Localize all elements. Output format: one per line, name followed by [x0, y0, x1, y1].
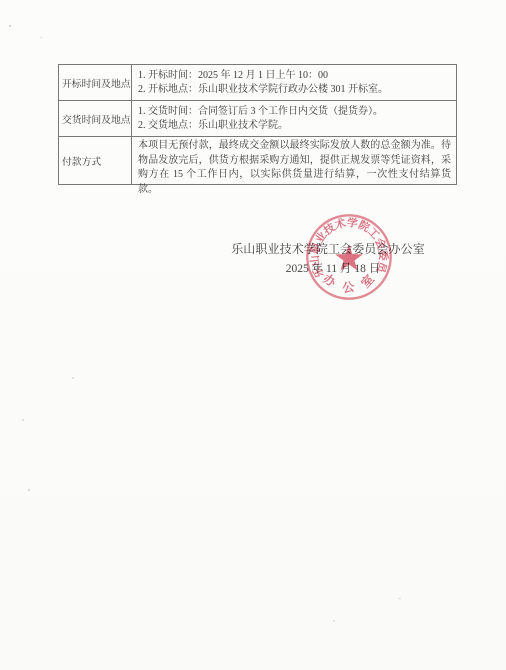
scan-speck — [28, 489, 30, 491]
row-content: 1. 交货时间：合同签订后 3 个工作日内交货（提货券）。 2. 交货地点：乐山… — [132, 101, 456, 136]
scan-speck — [40, 37, 42, 38]
scan-speck — [398, 598, 401, 599]
row-label: 开标时间及地点 — [59, 65, 132, 100]
content-line: 1. 开标时间：2025 年 12 月 1 日上午 10：00 — [138, 69, 450, 83]
content-line: 2. 交货地点：乐山职业技术学院。 — [138, 119, 450, 133]
official-seal-stamp: 乐山职业技术学院工会委员会 办公室 — [304, 212, 394, 302]
scan-speck — [9, 25, 11, 27]
content-line: 1. 交货时间：合同签订后 3 个工作日内交货（提货券）。 — [138, 105, 450, 119]
scanned-document-page: 开标时间及地点 1. 开标时间：2025 年 12 月 1 日上午 10：00 … — [0, 0, 506, 670]
table-row-bid-opening: 开标时间及地点 1. 开标时间：2025 年 12 月 1 日上午 10：00 … — [59, 65, 456, 101]
payment-terms-paragraph: 本项目无预付款，最终成交金额以最终实际发放人数的总金额为准。待物品发放完后，供货… — [138, 139, 451, 197]
row-content: 本项目无预付款，最终成交金额以最终实际发放人数的总金额为准。待物品发放完后，供货… — [132, 137, 456, 184]
row-label: 交货时间及地点 — [59, 101, 132, 136]
table-row-delivery: 交货时间及地点 1. 交货时间：合同签订后 3 个工作日内交货（提货券）。 2.… — [59, 101, 456, 137]
scan-speck — [72, 377, 74, 379]
table-row-payment: 付款方式 本项目无预付款，最终成交金额以最终实际发放人数的总金额为准。待物品发放… — [59, 137, 456, 184]
content-line: 2. 开标地点：乐山职业技术学院行政办公楼 301 开标室。 — [138, 83, 450, 97]
scan-speck — [22, 419, 24, 421]
row-label: 付款方式 — [59, 137, 132, 184]
row-content: 1. 开标时间：2025 年 12 月 1 日上午 10：00 2. 开标地点：… — [132, 65, 456, 100]
scan-speck — [333, 620, 335, 622]
bid-info-table: 开标时间及地点 1. 开标时间：2025 年 12 月 1 日上午 10：00 … — [58, 64, 457, 185]
stamp-star-icon — [335, 244, 362, 270]
